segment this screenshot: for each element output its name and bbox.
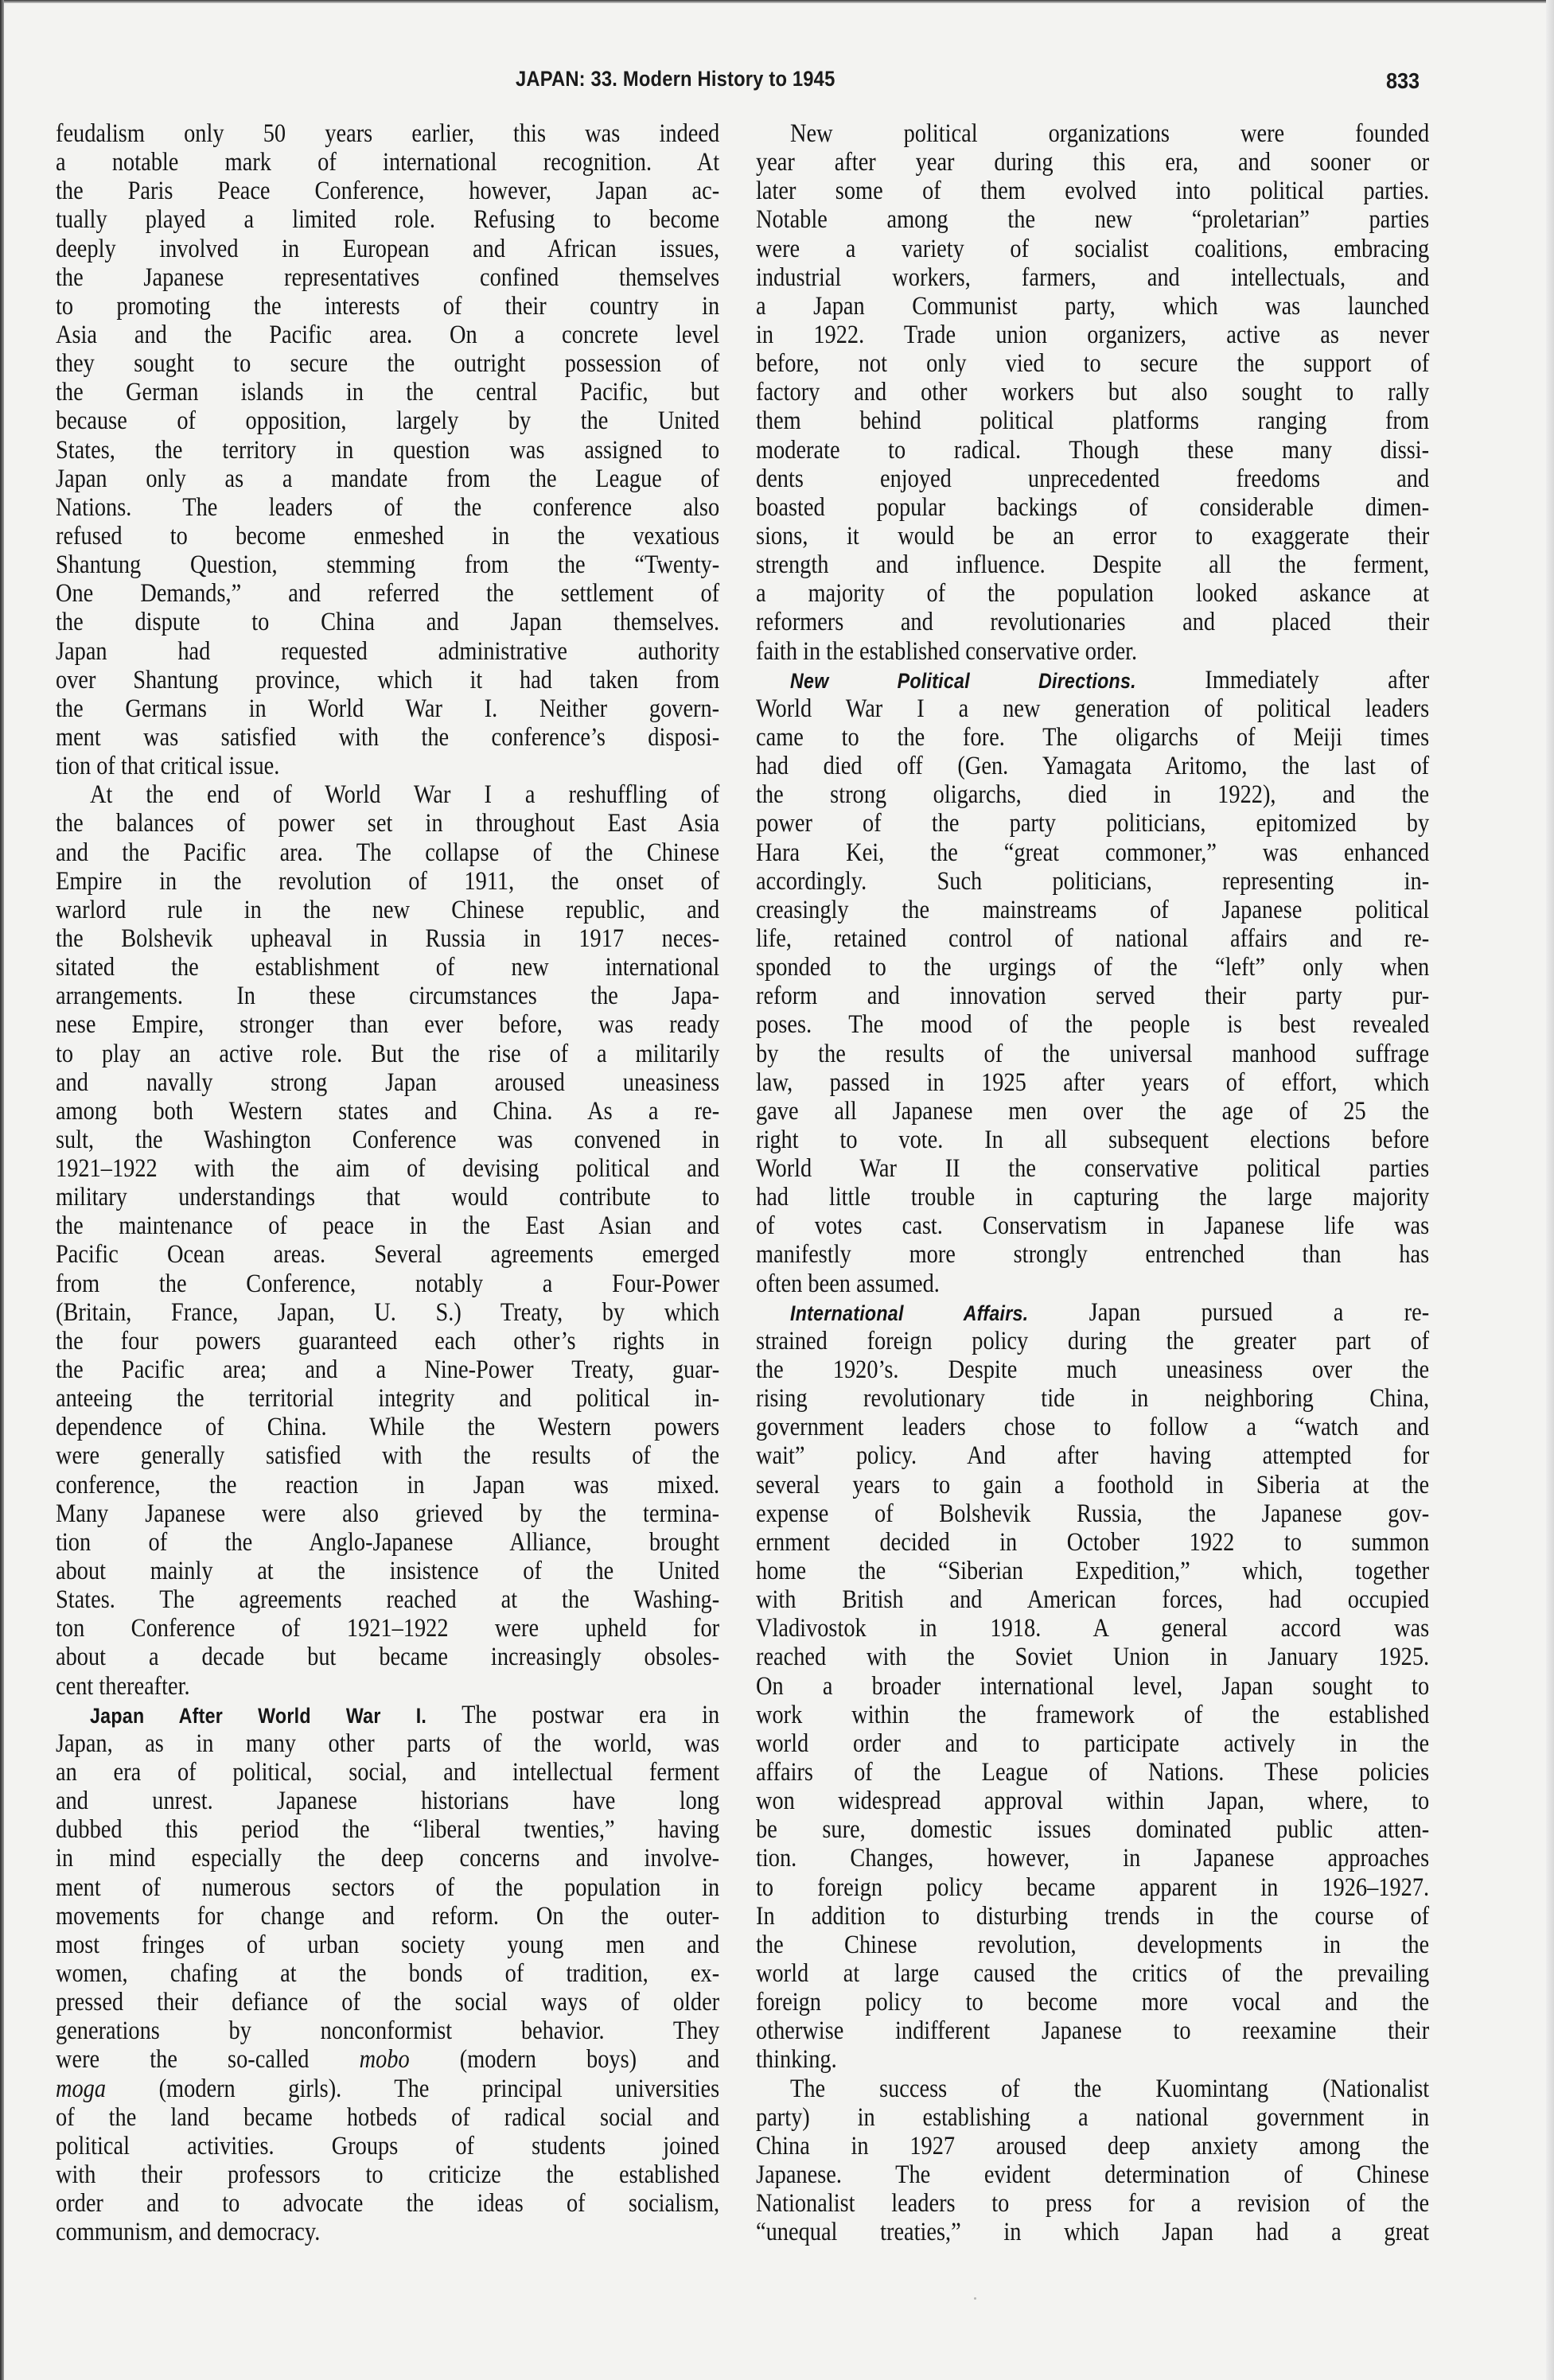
text-line: ment of numerous sectors of the populati… [56,1873,719,1902]
text-line: Nations. The leaders of the conference a… [56,493,719,522]
text-line: dubbed this period the “liberal twenties… [56,1815,719,1844]
text-line: sitated the establishment of new interna… [56,953,719,982]
scan-speck [974,2297,976,2300]
text-line: world at large caused the critics of the… [756,1959,1429,1988]
text-line: because of opposition, largely by the Un… [56,406,719,435]
text-line: in mind especially the deep concerns and… [56,1844,719,1872]
text-line: Nationalist leaders to press for a revis… [756,2189,1429,2218]
text-line: of the land became hotbeds of radical so… [56,2103,719,2132]
section-heading-new-political-directions: New Political Directions. [790,669,1136,693]
text-line: arrangements. In these circumstances the… [56,982,719,1010]
left-column: feudalism only 50 years earlier, this wa… [56,119,719,2246]
text-line: government leaders chose to follow a “wa… [756,1413,1429,1441]
paragraph-start-line: The success of the Kuomintang (Nationali… [756,2075,1429,2103]
text-line: Japan only as a mandate from the League … [56,465,719,493]
text-line: 1921–1922 with the aim of devising polit… [56,1154,719,1183]
text-line: and navally strong Japan aroused uneasin… [56,1068,719,1097]
paragraph-start-line: International Affairs. Japan pursued a r… [756,1298,1429,1327]
text-line: (Britain, France, Japan, U. S.) Treaty, … [56,1298,719,1327]
text-line: an era of political, social, and intelle… [56,1758,719,1787]
text-line: before, not only vied to secure the supp… [756,349,1429,378]
text-line: strength and influence. Despite all the … [756,550,1429,579]
text-line: strained foreign policy during the great… [756,1327,1429,1355]
text-line: the Japanese representatives confined th… [56,263,719,292]
text-line: States, the territory in question was as… [56,436,719,465]
text-line: to promoting the interests of their coun… [56,292,719,321]
text-line: tion of the Anglo-Japanese Alliance, bro… [56,1528,719,1557]
text-line: generations by nonconformist behavior. T… [56,2016,719,2045]
page-number: 833 [1386,68,1420,94]
text-line: the strong oligarchs, died in 1922), and… [756,780,1429,809]
text-line: the dispute to China and Japan themselve… [56,608,719,636]
text-line: expense of Bolshevik Russia, the Japanes… [756,1499,1429,1528]
text-line: work within the framework of the establi… [756,1701,1429,1729]
text-line: Japanese. The evident determination of C… [756,2160,1429,2189]
text-line: Japan had requested administrative autho… [56,637,719,666]
paragraph-start-line: New Political Directions. Immediately af… [756,666,1429,694]
text-line: the balances of power set in throughout … [56,809,719,838]
text-line: came to the fore. The oligarchs of Meiji… [756,723,1429,752]
text-line: moga (modern girls). The principal unive… [56,2075,719,2103]
text-line: moderate to radical. Though these many d… [756,436,1429,465]
text-line: life, retained control of national affai… [756,924,1429,953]
text-fragment: were the so-called [56,2045,360,2074]
text-line: affairs of the League of Nations. These … [756,1758,1429,1787]
text-fragment: The postwar era in [462,1701,719,1729]
text-line: Shantung Question, stemming from the “Tw… [56,550,719,579]
text-line: the Chinese revolution, developments in … [756,1931,1429,1959]
text-line: Notable among the new “proletarian” part… [756,205,1429,234]
text-line: factory and other workers but also sough… [756,378,1429,406]
text-line: tually played a limited role. Refusing t… [56,205,719,234]
section-heading-japan-after-wwi: Japan After World War I. [90,1704,426,1728]
text-line: were the so-called mobo (modern boys) an… [56,2045,719,2074]
text-line: anteeing the territorial integrity and p… [56,1384,719,1413]
text-line: to foreign policy became apparent in 192… [756,1873,1429,1902]
paragraph-start-line: New political organizations were founded [756,119,1429,148]
text-line: the 1920’s. Despite much uneasiness over… [756,1355,1429,1384]
text-line: often been assumed. [756,1270,1429,1298]
text-line: gave all Japanese men over the age of 25… [756,1097,1429,1126]
text-line: they sought to secure the outright posse… [56,349,719,378]
text-line: refused to become enmeshed in the vexati… [56,522,719,550]
text-line: and the Pacific area. The collapse of th… [56,838,719,867]
paragraph-start-line: At the end of World War I a reshuffling … [56,780,719,809]
text-line: several years to gain a foothold in Sibe… [756,1471,1429,1499]
text-line: feudalism only 50 years earlier, this wa… [56,119,719,148]
text-line: World War II the conservative political … [756,1154,1429,1183]
text-line: political activities. Groups of students… [56,2132,719,2160]
text-line: the Paris Peace Conference, however, Jap… [56,177,719,205]
text-line: One Demands,” and referred the settlemen… [56,579,719,608]
text-line: communism, and democracy. [56,2218,719,2246]
text-line: the Bolshevik upheaval in Russia in 1917… [56,924,719,953]
italic-term-mobo: mobo [360,2045,410,2074]
text-line: with British and American forces, had oc… [756,1585,1429,1614]
text-line: World War I a new generation of politica… [756,694,1429,723]
text-fragment: Immediately after [1205,666,1429,694]
text-line: otherwise indifferent Japanese to reexam… [756,2016,1429,2045]
text-line: be sure, domestic issues dominated publi… [756,1815,1429,1844]
text-line: sions, it would be an error to exaggerat… [756,522,1429,550]
italic-term-moga: moga [56,2075,106,2103]
text-line: accordingly. Such politicians, represent… [756,867,1429,896]
text-line: reached with the Soviet Union in January… [756,1643,1429,1671]
text-line: pressed their defiance of the social way… [56,1988,719,2016]
text-line: reform and innovation served their party… [756,982,1429,1010]
text-line: were a variety of socialist coalitions, … [756,235,1429,263]
running-title: JAPAN: 33. Modern History to 1945 [516,67,835,91]
text-line: party) in establishing a national govern… [756,2103,1429,2132]
text-line: over Shantung province, which it had tak… [56,666,719,694]
text-line: China in 1927 aroused deep anxiety among… [756,2132,1429,2160]
text-line: them behind political platforms ranging … [756,406,1429,435]
text-line: foreign policy to become more vocal and … [756,1988,1429,2016]
text-line: had died off (Gen. Yamagata Aritomo, the… [756,752,1429,780]
text-line: won widespread approval within Japan, wh… [756,1787,1429,1815]
text-line: sponded to the urgings of the “left” onl… [756,953,1429,982]
text-line: movements for change and reform. On the … [56,1902,719,1931]
text-line: nese Empire, stronger than ever before, … [56,1010,719,1039]
text-line: tion of that critical issue. [56,752,719,780]
text-line: ton Conference of 1921–1922 were upheld … [56,1614,719,1643]
text-line: had little trouble in capturing the larg… [756,1183,1429,1211]
text-line: about mainly at the insistence of the Un… [56,1557,719,1585]
text-line: wait” policy. And after having attempted… [756,1441,1429,1470]
text-line: year after year during this era, and soo… [756,148,1429,177]
scan-speck [762,2001,765,2003]
text-line: from the Conference, notably a Four-Powe… [56,1270,719,1298]
text-line: deeply involved in European and African … [56,235,719,263]
text-line: and unrest. Japanese historians have lon… [56,1787,719,1815]
text-line: by the results of the universal manhood … [756,1040,1429,1068]
text-line: manifestly more strongly entrenched than… [756,1240,1429,1269]
text-line: power of the party politicians, epitomiz… [756,809,1429,838]
text-line: thinking. [756,2045,1429,2074]
paragraph-start-line: Japan After World War I. The postwar era… [56,1701,719,1729]
text-line: a majority of the population looked aska… [756,579,1429,608]
text-line: States. The agreements reached at the Wa… [56,1585,719,1614]
text-line: a notable mark of international recognit… [56,148,719,177]
running-head: JAPAN: 33. Modern History to 1945 833 [0,67,1554,99]
text-line: with their professors to criticize the e… [56,2160,719,2189]
text-line: tion. Changes, however, in Japanese appr… [756,1844,1429,1872]
text-line: dependence of China. While the Western p… [56,1413,719,1441]
text-line: industrial workers, farmers, and intelle… [756,263,1429,292]
text-line: the four powers guaranteed each other’s … [56,1327,719,1355]
text-line: Hara Kei, the “great commoner,” was enha… [756,838,1429,867]
text-line: order and to advocate the ideas of socia… [56,2189,719,2218]
text-line: Many Japanese were also grieved by the t… [56,1499,719,1528]
text-line: Empire in the revolution of 1911, the on… [56,867,719,896]
text-line: world order and to participate actively … [756,1729,1429,1758]
text-line: military understandings that would contr… [56,1183,719,1211]
page-top-edge [0,0,1554,3]
text-line: reformers and revolutionaries and placed… [756,608,1429,636]
text-line: were generally satisfied with the result… [56,1441,719,1470]
text-line: the German islands in the central Pacifi… [56,378,719,406]
text-fragment: (modern girls). The principal universiti… [159,2075,720,2103]
text-line: ment was satisfied with the conference’s… [56,723,719,752]
text-line: cent thereafter. [56,1672,719,1701]
text-fragment: Japan pursued a re- [1089,1298,1429,1327]
text-line: creasingly the mainstreams of Japanese p… [756,896,1429,924]
text-line: In addition to disturbing trends in the … [756,1902,1429,1931]
text-line: “unequal treaties,” in which Japan had a… [756,2218,1429,2246]
text-line: in 1922. Trade union organizers, active … [756,321,1429,349]
text-line: right to vote. In all subsequent electio… [756,1126,1429,1154]
text-line: Asia and the Pacific area. On a concrete… [56,321,719,349]
text-line: Japan, as in many other parts of the wor… [56,1729,719,1758]
text-line: rising revolutionary tide in neighboring… [756,1384,1429,1413]
text-line: a Japan Communist party, which was launc… [756,292,1429,321]
text-line: Vladivostok in 1918. A general accord wa… [756,1614,1429,1643]
text-line: the Pacific area; and a Nine-Power Treat… [56,1355,719,1384]
right-column: New political organizations were founded… [756,119,1429,2246]
text-line: among both Western states and China. As … [56,1097,719,1126]
text-line: conference, the reaction in Japan was mi… [56,1471,719,1499]
text-line: to play an active role. But the rise of … [56,1040,719,1068]
text-line: women, chafing at the bonds of tradition… [56,1959,719,1988]
text-line: boasted popular backings of considerable… [756,493,1429,522]
page-left-edge [0,0,4,2380]
page-right-edge [1546,0,1554,2380]
text-line: warlord rule in the new Chinese republic… [56,896,719,924]
text-line: On a broader international level, Japan … [756,1672,1429,1701]
text-line: dents enjoyed unprecedented freedoms and [756,465,1429,493]
text-line: law, passed in 1925 after years of effor… [756,1068,1429,1097]
text-line: Pacific Ocean areas. Several agreements … [56,1240,719,1269]
text-line: about a decade but became increasingly o… [56,1643,719,1671]
text-line: ernment decided in October 1922 to summo… [756,1528,1429,1557]
text-line: sult, the Washington Conference was conv… [56,1126,719,1154]
text-line: the maintenance of peace in the East Asi… [56,1211,719,1240]
text-line: home the “Siberian Expedition,” which, t… [756,1557,1429,1585]
text-line: the Germans in World War I. Neither gove… [56,694,719,723]
text-line: poses. The mood of the people is best re… [756,1010,1429,1039]
text-line: of votes cast. Conservatism in Japanese … [756,1211,1429,1240]
section-heading-international-affairs: International Affairs. [790,1301,1028,1325]
text-line: later some of them evolved into politica… [756,177,1429,205]
text-line: most fringes of urban society young men … [56,1931,719,1959]
text-line: faith in the established conservative or… [756,637,1429,666]
text-fragment: (modern boys) and [460,2045,719,2074]
